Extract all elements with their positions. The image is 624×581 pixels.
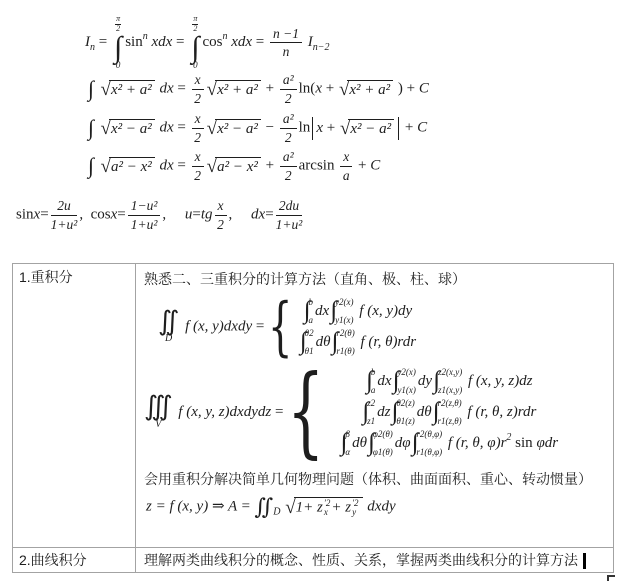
topic-label-multiple-integrals: 1.重积分: [19, 269, 73, 285]
topic-cell: 2.曲线积分: [13, 548, 136, 572]
requirements-cell: 理解两类曲线积分的概念、性质、关系，掌握两类曲线积分的计算方法: [136, 548, 613, 572]
requirement-text-applications: 会用重积分解决简单几何物理问题（体积、曲面面积、重心、转动惯量）: [144, 469, 605, 489]
formula-universal-substitution: sinx=2u1+u², cosx=1−u²1+u², u=tgx2, dx=2…: [16, 198, 304, 232]
syllabus-table: 1.重积分 熟悉二、三重积分的计算方法（直角、极、柱、球） ∬D f (x, y…: [12, 263, 614, 573]
topic-label-line-integrals: 2.曲线积分: [19, 552, 87, 568]
formula-surface-area: z = f (x, y) ⇒ A = ∬D √1+ z′2x+ z′2y dxd…: [146, 496, 605, 518]
formula-wallis-reduction: In = π2∫0sinn xdx = π2∫0cosn xdx = n −1n…: [85, 14, 330, 71]
formula-sqrt-x2-minus-a2: ∫ √x² − a² dx = x2√x² − a² − a²2lnx + √x…: [88, 111, 427, 145]
document-canvas[interactable]: In = π2∫0sinn xdx = π2∫0cosn xdx = n −1n…: [0, 0, 624, 581]
formula-sqrt-a2-minus-x2: ∫ √a² − x² dx = x2√a² − x² + a²2arcsin x…: [88, 149, 380, 183]
requirement-text-line-integrals: 理解两类曲线积分的概念、性质、关系，掌握两类曲线积分的计算方法: [144, 552, 578, 568]
requirement-text-methods: 熟悉二、三重积分的计算方法（直角、极、柱、球）: [144, 269, 605, 289]
requirements-cell: 熟悉二、三重积分的计算方法（直角、极、柱、球） ∬D f (x, y)dxdy …: [136, 264, 613, 547]
table-corner-mark: [607, 575, 615, 581]
table-row-line-integrals: 2.曲线积分 理解两类曲线积分的概念、性质、关系，掌握两类曲线积分的计算方法: [13, 548, 613, 572]
table-row-multiple-integrals: 1.重积分 熟悉二、三重积分的计算方法（直角、极、柱、球） ∬D f (x, y…: [13, 264, 613, 548]
text-cursor: [583, 553, 586, 569]
formula-sqrt-x2-plus-a2: ∫ √x² + a² dx = x2√x² + a² + a²2ln(x + √…: [88, 72, 429, 106]
topic-cell: 1.重积分: [13, 264, 136, 547]
formula-triple-integral: ∭V f (x, y, z)dxdydz = {∫badx∫y2(x)y1(x)…: [144, 368, 605, 457]
formula-double-integral: ∬D f (x, y)dxdy = {∫badx∫y2(x)y1(x) f (x…: [158, 298, 605, 356]
